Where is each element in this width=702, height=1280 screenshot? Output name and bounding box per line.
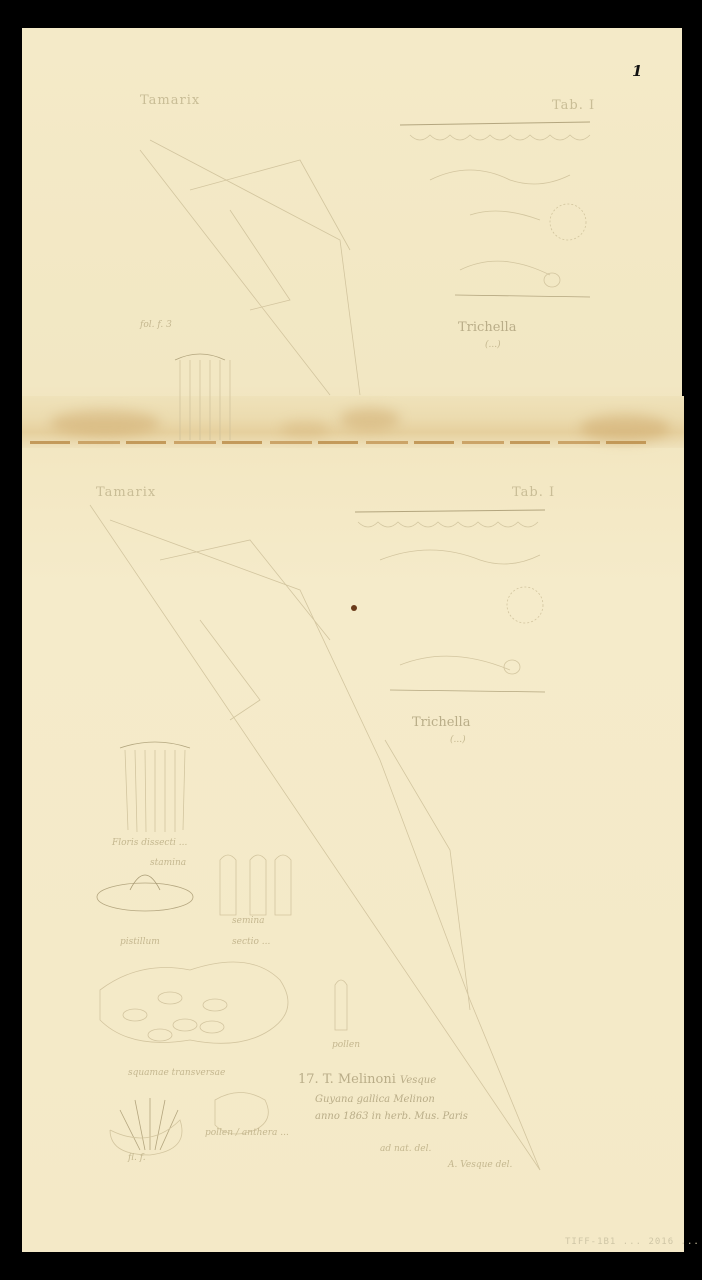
species-collection: anno 1863 in herb. Mus. Paris bbox=[315, 1111, 468, 1122]
botanical-drawing bbox=[0, 0, 702, 1280]
species-number-name: 17. T. Melinoni bbox=[298, 1072, 396, 1087]
figure-label: sectio ... bbox=[232, 937, 270, 947]
figure-label: fl. f. bbox=[128, 1153, 146, 1163]
section-sublabel-bottom: (...) bbox=[450, 735, 466, 745]
species-locality: Guyana gallica Melinon bbox=[315, 1094, 435, 1105]
genus-heading-bottom: Tamarix bbox=[96, 485, 156, 500]
figure-label: pistillum bbox=[120, 937, 160, 947]
figure-label: squamae transversae bbox=[128, 1068, 225, 1078]
figure-label: Floris dissecti ... bbox=[112, 838, 187, 848]
species-author: Vesque bbox=[400, 1075, 436, 1086]
section-label-top: Trichella bbox=[458, 320, 516, 335]
section-label-bottom: Trichella bbox=[412, 715, 470, 730]
figure-label: stamina bbox=[150, 858, 186, 868]
genus-heading-top: Tamarix bbox=[140, 93, 200, 108]
credit-left: ad nat. del. bbox=[380, 1144, 431, 1154]
section-sublabel-top: (...) bbox=[485, 340, 501, 350]
page-number: 1 bbox=[632, 62, 642, 80]
figure-label: pollen bbox=[332, 1040, 360, 1050]
figure-label: pollen / anthera ... bbox=[205, 1128, 289, 1138]
plate-heading-top: Tab. I bbox=[552, 98, 595, 113]
plate-heading-bottom: Tab. I bbox=[512, 485, 555, 500]
species-name: 17. T. Melinoni Vesque bbox=[298, 1072, 436, 1087]
credit-right: A. Vesque del. bbox=[448, 1160, 512, 1170]
figure-label: semina bbox=[232, 916, 265, 926]
accession-stamp: TIFF-1B1 ... 2016 ... bbox=[565, 1237, 700, 1247]
figure-label-top: fol. f. 3 bbox=[140, 320, 172, 330]
